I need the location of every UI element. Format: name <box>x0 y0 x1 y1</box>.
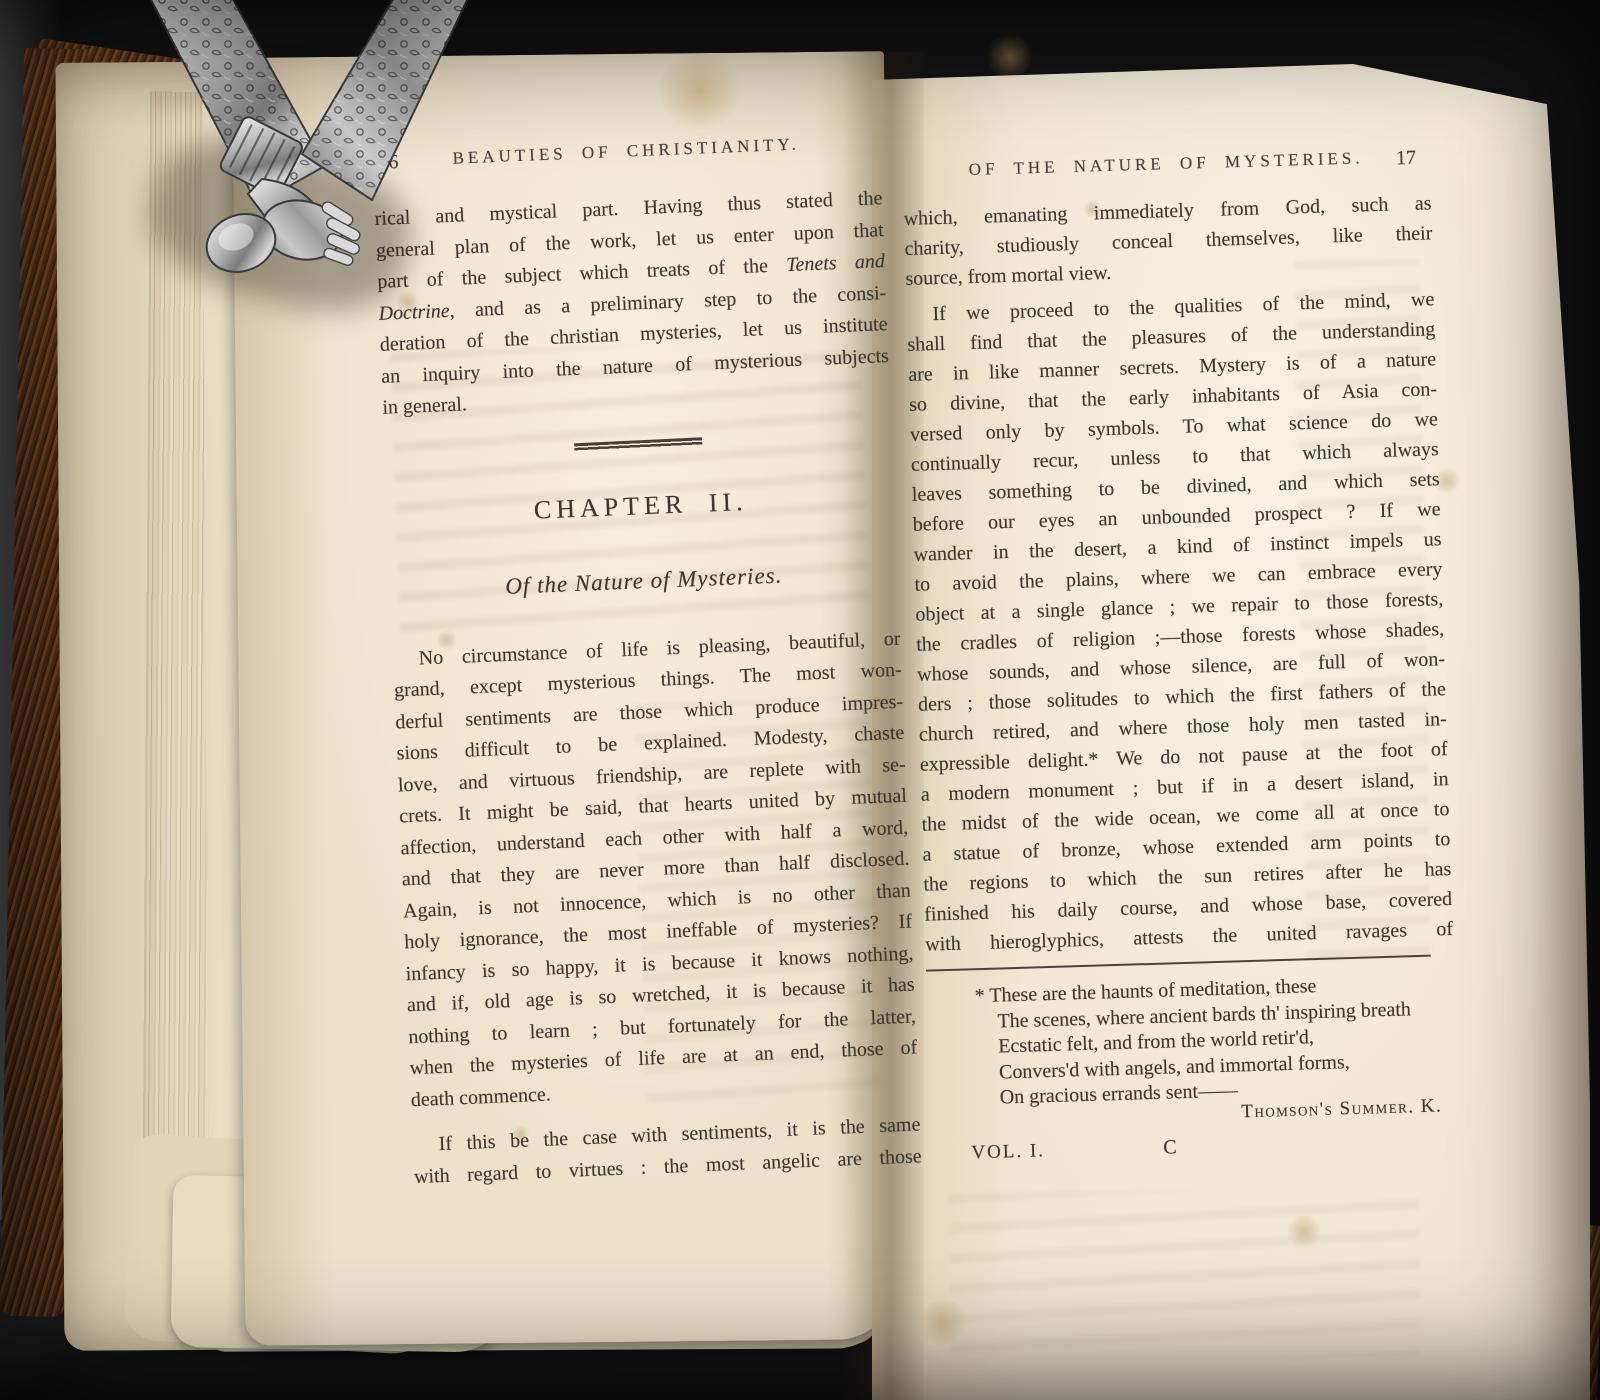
right-paragraph-2: If we proceed to the qualities of the mi… <box>906 284 1453 959</box>
volume-signature: VOL. I. <box>971 1137 1045 1167</box>
right-page-number: 17 <box>1396 147 1417 171</box>
gathering-signature: C <box>1163 1133 1179 1161</box>
photo-of-open-book: 16 BEAUTIES OF CHRISTIANITY. rical and m… <box>0 0 1600 1400</box>
bookmark-hand-clasp <box>199 179 362 281</box>
bookmark-strap-right <box>302 0 470 200</box>
chapter-subtitle: Of the Nature of Mysteries. <box>389 555 898 606</box>
left-paragraph-2: No circumstance of life is pleasing, bea… <box>392 623 919 1116</box>
chapter-heading: CHAPTER II. <box>386 479 895 532</box>
right-page: OF THE NATURE OF MYSTERIES. 17 which, em… <box>902 146 1460 1168</box>
foxing-spot <box>985 35 1035 79</box>
footnote: * These are the haunts of meditation, th… <box>926 970 1458 1113</box>
silver-bookmark-clasp <box>90 0 520 324</box>
section-divider-rule <box>574 437 702 451</box>
right-paragraph-1: which, emanating immediately from God, s… <box>903 188 1433 294</box>
